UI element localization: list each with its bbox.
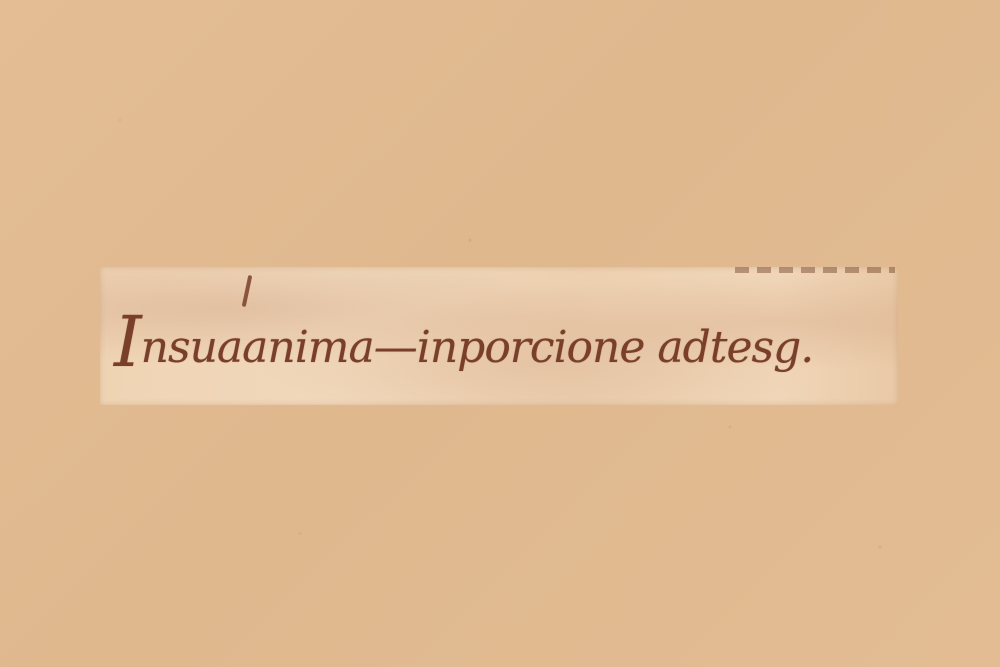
ascender-stroke [242, 275, 253, 307]
initial-letter: I [114, 301, 141, 383]
manuscript-strip: Insuaanima—inporcione adtesg. [100, 267, 898, 405]
script-text: nsuaanima—inporcione adtesg. [141, 322, 814, 373]
script-line: Insuaanima—inporcione adtesg. [114, 307, 813, 377]
upper-line-remnants [735, 267, 895, 273]
